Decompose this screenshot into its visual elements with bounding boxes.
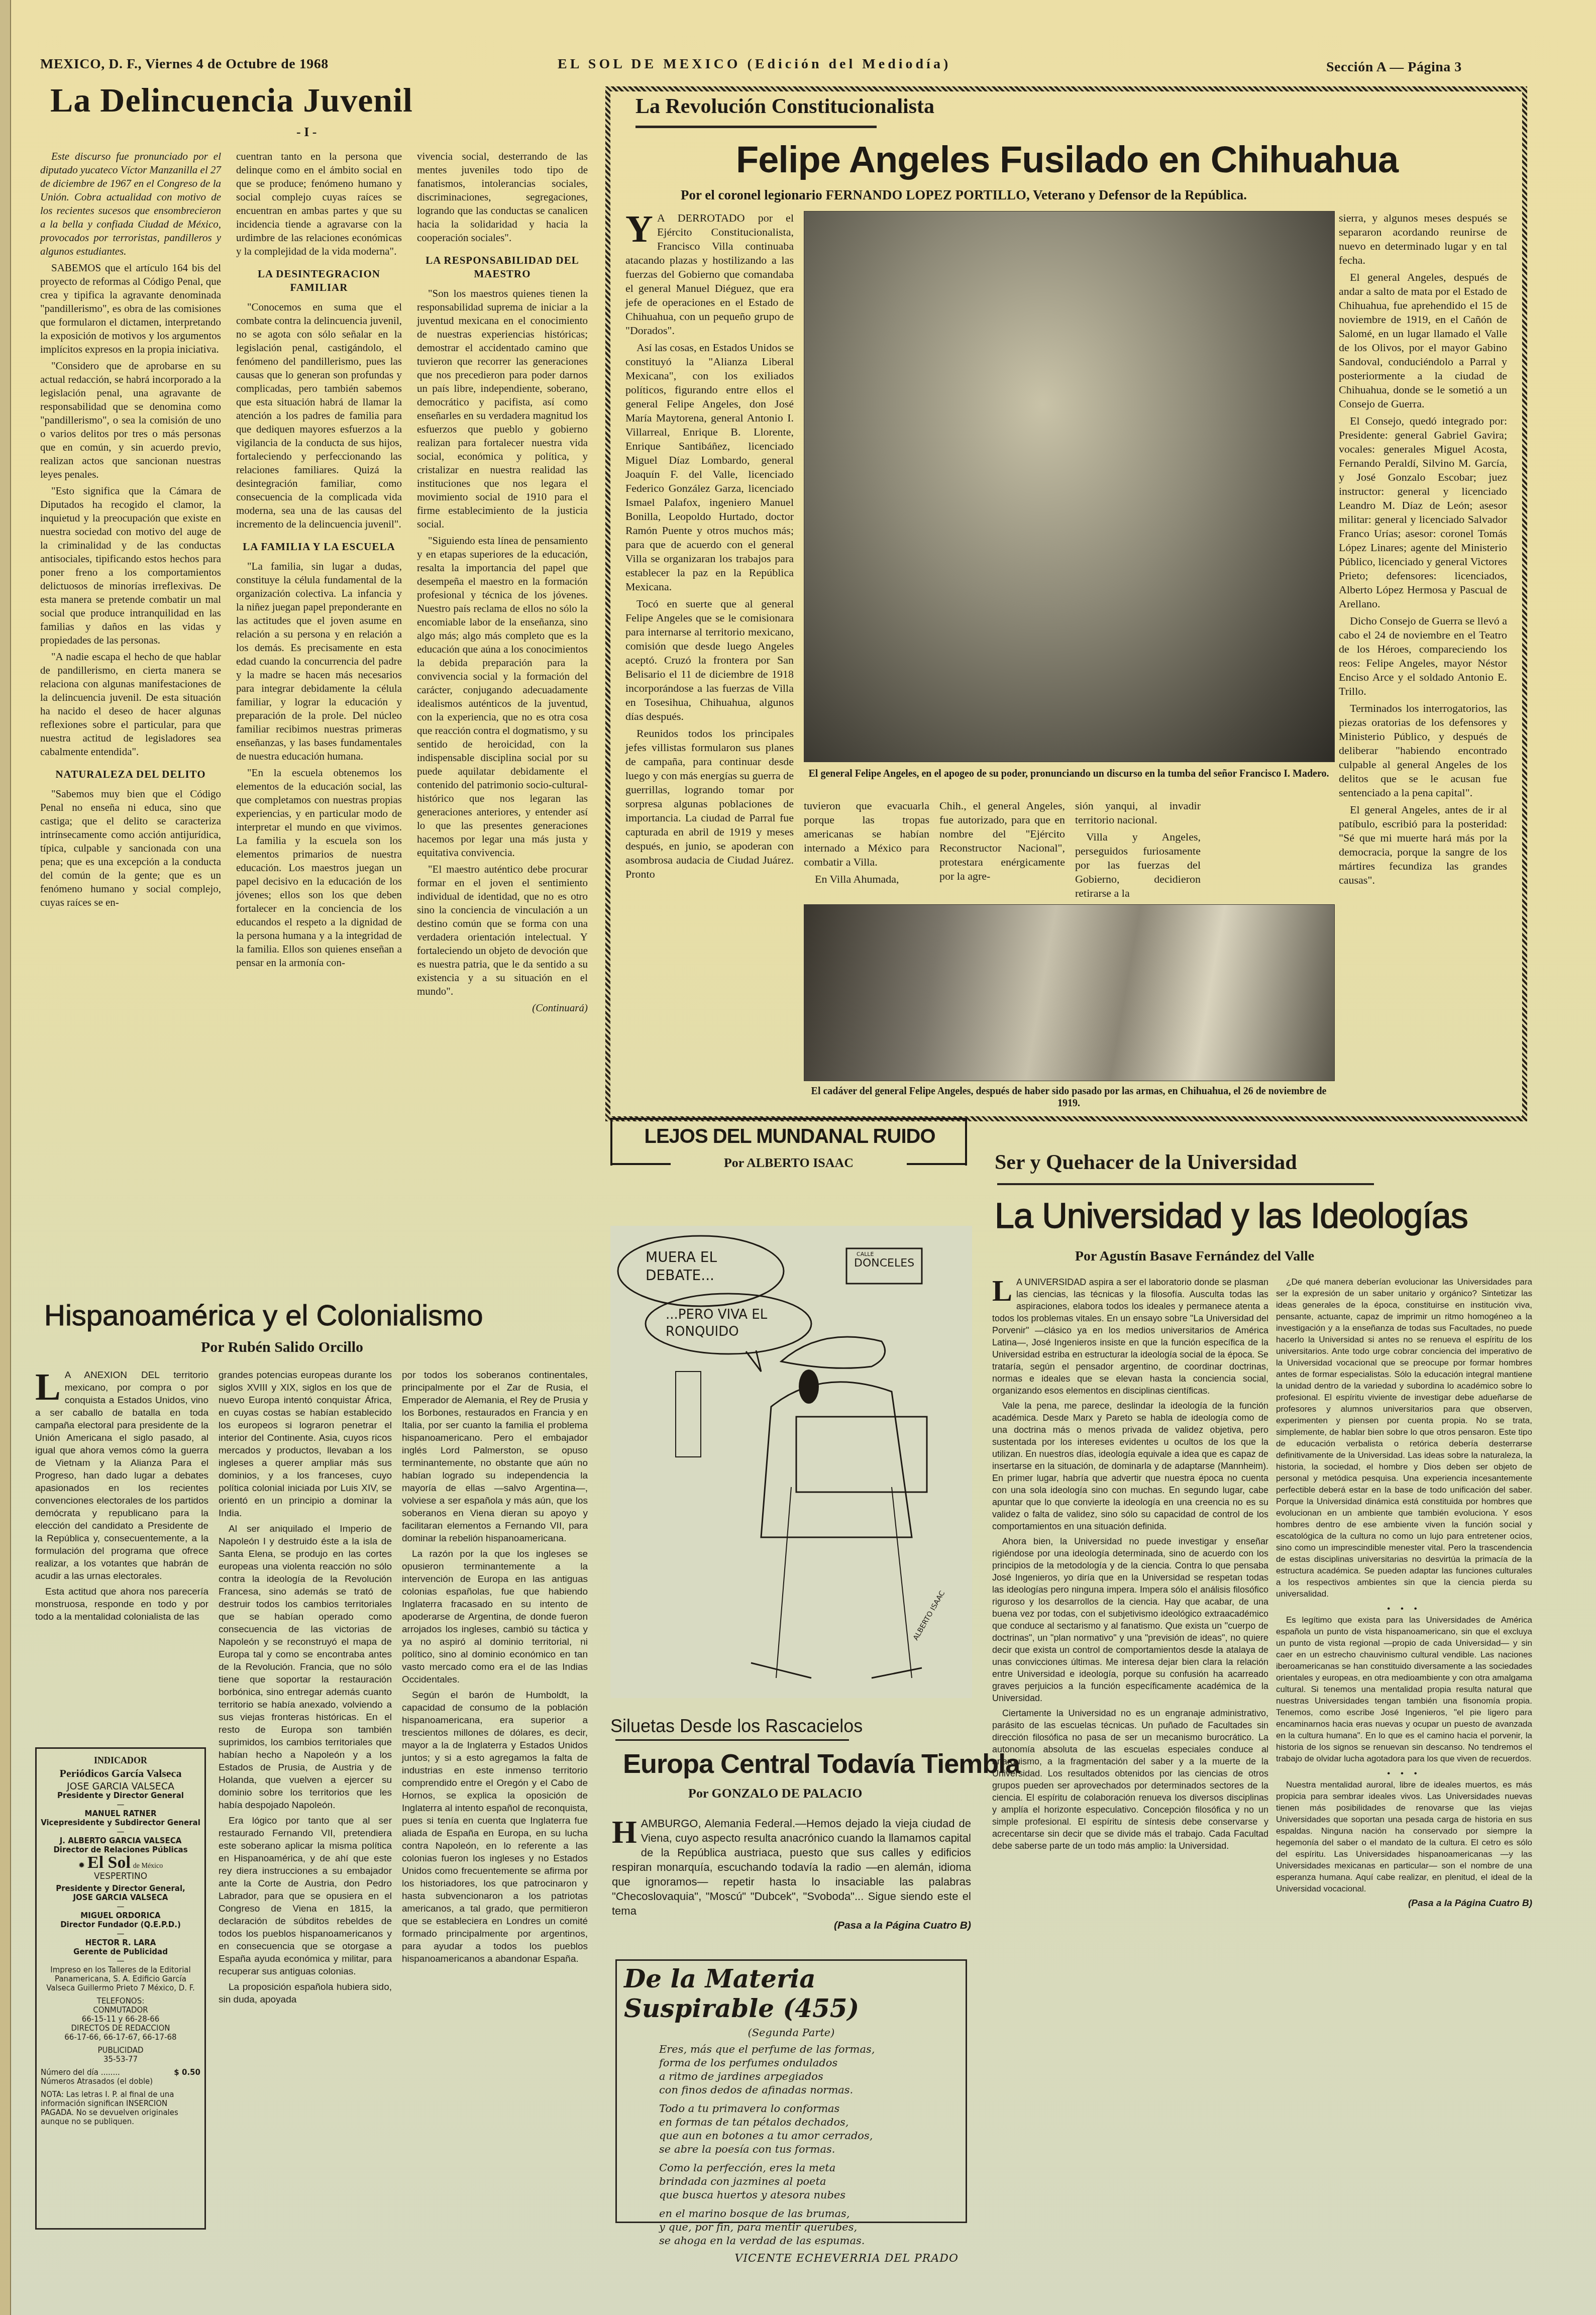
divider: — — [41, 1956, 200, 1965]
indicador-name: JOSE GARCIA VALSECA — [41, 1782, 200, 1791]
paragraph: SABEMOS que el artículo 164 bis del proy… — [40, 261, 221, 356]
poem-stanza: en el marino bosque de las brumas, y que… — [659, 2207, 959, 2248]
paragraph: Reunidos todos los principales jefes vil… — [625, 726, 794, 881]
poem-body: Eres, más que el perfume de las formas, … — [624, 2043, 959, 2248]
publicidad-number: 35-53-77 — [41, 2055, 200, 2064]
poem-line: que busca huertos y atesora nubes — [659, 2188, 959, 2202]
drop-cap-h: H — [612, 1818, 637, 1846]
angeles-byline: Por el coronel legionario FERNANDO LOPEZ… — [681, 187, 1247, 203]
indicador-role: Presidente y Director General, — [41, 1884, 200, 1893]
indicador-content: INDICADOR Periódicos García Valseca JOSE… — [41, 1756, 200, 2126]
indicador-heading: INDICADOR — [41, 1756, 200, 1765]
poem-line: que aun en botones a tu amor cerrados, — [659, 2129, 959, 2143]
universidad-byline: Por Agustín Basave Fernández del Valle — [1075, 1248, 1314, 1265]
cartoon-box-rule-left — [610, 1163, 671, 1165]
sun-icon: ✹ — [78, 1860, 85, 1870]
poem-subtitle: (Segunda Parte) — [624, 2026, 959, 2040]
series-underline — [635, 126, 877, 128]
hispanoamerica-column-1: LA ANEXION DEL territorio mexicano, por … — [35, 1369, 208, 1623]
phones-heading: TELEFONOS: — [41, 1996, 200, 2006]
poem-line: Como la perfección, eres la meta — [659, 2161, 959, 2175]
indicador-role: Vicepresidente y Subdirector General — [41, 1818, 200, 1827]
paragraph: Era lógico por tanto que al ser restaura… — [219, 1815, 392, 1978]
conmutador-label: CONMUTADOR — [41, 2006, 200, 2015]
poem-author: VICENTE ECHEVERRIA DEL PRADO — [624, 2252, 959, 2265]
speech-bubble-2: ...PERO VIVA EL RONQUIDO — [666, 1306, 786, 1340]
paragraph: Vale la pena, me parece, deslindar la id… — [992, 1400, 1268, 1532]
paragraph: ¿De qué manera deberían evolucionar las … — [1276, 1276, 1532, 1600]
paragraph: YA DERROTADO por el Ejército Constitucio… — [625, 211, 794, 338]
indicador-name: HECTOR R. LARA — [41, 1938, 200, 1947]
angeles-column-right: sierra, y algunos meses después se separ… — [1339, 211, 1507, 890]
drop-cap-l: L — [992, 1278, 1012, 1303]
directos-label: DIRECTOS DE REDACCION — [41, 2024, 200, 2033]
paragraph-text: AMBURGO, Alemania Federal.—Hemos dejado … — [612, 1817, 971, 1917]
price-row: Número del día ........ $ 0.50 — [41, 2068, 200, 2077]
poem-line: forma de los perfumes ondulados — [659, 2056, 959, 2070]
paragraph: Esta actitud que ahora nos parecería mon… — [35, 1586, 208, 1623]
cartoon-box-rule-right — [907, 1163, 967, 1165]
poem-line: Eres, más que el perfume de las formas, — [659, 2043, 959, 2056]
divider: — — [41, 1827, 200, 1836]
poem-line: a ritmo de jardines arpegiados — [659, 2070, 959, 2083]
paragraph: Dicho Consejo de Guerra se llevó a cabo … — [1339, 614, 1507, 698]
price-label: Número del día ........ — [41, 2068, 120, 2077]
paragraph: La razón por la que los ingleses se opus… — [402, 1548, 588, 1686]
hispanoamerica-byline: Por Rubén Salido Orcillo — [201, 1339, 363, 1356]
hispanoamerica-column-2: grandes potencias europeas durante los s… — [219, 1369, 392, 2006]
europa-series: Siluetas Desde los Rascacielos — [610, 1716, 863, 1737]
europa-continues: (Pasa a la Página Cuatro B) — [612, 1918, 971, 1933]
photo2-caption: El cadáver del general Felipe Angeles, d… — [804, 1085, 1334, 1109]
paragraph: Tocó en suerte que al general Felipe Ang… — [625, 597, 794, 723]
paragraph-text: A ANEXION DEL territorio mexicano, por c… — [35, 1370, 208, 1582]
indicador-role: Director Fundador (Q.E.P.D.) — [41, 1920, 200, 1929]
europa-byline: Por GONZALO DE PALACIO — [688, 1786, 862, 1801]
indicador-name: MANUEL RATNER — [41, 1809, 200, 1818]
cartoon-drawing: MUERA EL DEBATE... ...PERO VIVA EL RONQU… — [610, 1226, 972, 1698]
el-sol-logo: ✹ El Sol de México — [41, 1858, 200, 1871]
indicador-name: JOSE GARCIA VALSECA — [41, 1893, 200, 1902]
section-dots: • • • — [1276, 1603, 1532, 1614]
delincuencia-title: La Delincuencia Juvenil — [50, 80, 413, 120]
photo-felipe-angeles-speech — [804, 211, 1335, 762]
europa-body: HAMBURGO, Alemania Federal.—Hemos dejado… — [612, 1816, 971, 1933]
paragraph: El general Angeles, antes de ir al patíb… — [1339, 803, 1507, 887]
poem-stanza: Todo a tu primavera lo conformas en form… — [659, 2102, 959, 2156]
delincuencia-part-number: - I - — [296, 125, 316, 140]
delincuencia-column-2: cuentran tanto en la persona que delinqu… — [236, 150, 402, 973]
series-underline — [997, 1183, 1374, 1185]
poem-line: se abre la poesía con tus formas. — [659, 2143, 959, 2156]
cartoon-column-title: LEJOS DEL MUNDANAL RUIDO — [614, 1125, 966, 1148]
back-issues: Números Atrasados (el doble) — [41, 2077, 200, 2086]
paragraph: "Conocemos en suma que el combate contra… — [236, 300, 402, 531]
universidad-column-1: LA UNIVERSIDAD aspira a ser el laborator… — [992, 1276, 1268, 1852]
poem-line: en el marino bosque de las brumas, — [659, 2207, 959, 2221]
paragraph: Así las cosas, en Estados Unidos se cons… — [625, 341, 794, 594]
paragraph: Terminados los interrogatorios, las piez… — [1339, 701, 1507, 800]
delincuencia-intro: Este discurso fue pronunciado por el dip… — [40, 150, 221, 258]
speech-bubble-1: MUERA EL DEBATE... — [646, 1248, 756, 1285]
photo1-caption: El general Felipe Angeles, en el apogeo … — [804, 768, 1334, 780]
drop-cap-l: L — [35, 1371, 61, 1403]
paragraph: "El maestro auténtico debe procurar form… — [417, 863, 588, 998]
indicador-company: Periódicos García Valseca — [41, 1769, 200, 1778]
paragraph: Es legítimo que exista para las Universi… — [1276, 1614, 1532, 1764]
poem-stanza: Como la perfección, eres la meta brindad… — [659, 2161, 959, 2202]
paragraph: Chih., el general Angeles, fue autorizad… — [939, 799, 1065, 883]
masthead-paper-name: EL SOL DE MEXICO (Edición del Mediodía) — [558, 56, 951, 72]
paragraph: Según el barón de Humboldt, la capacidad… — [402, 1689, 588, 1965]
paragraph: Ciertamente la Universidad no es un engr… — [992, 1707, 1268, 1852]
masthead-date: MEXICO, D. F., Viernes 4 de Octubre de 1… — [40, 56, 329, 72]
paragraph: grandes potencias europeas durante los s… — [219, 1369, 392, 1520]
universidad-title: La Universidad y las Ideologías — [995, 1196, 1468, 1236]
angeles-column-1: YA DERROTADO por el Ejército Constitucio… — [625, 211, 794, 884]
poem-line: se ahoga en la verdad de las espumas. — [659, 2234, 959, 2248]
paragraph: por todos los soberanos continentales, p… — [402, 1369, 588, 1545]
indicador-box: INDICADOR Periódicos García Valseca JOSE… — [35, 1747, 206, 2230]
angeles-title: Felipe Angeles Fusilado en Chihuahua — [736, 138, 1398, 181]
divider: — — [41, 1800, 200, 1809]
paragraph: "Sabemos muy bien que el Código Penal no… — [40, 787, 221, 909]
paragraph-text: A UNIVERSIDAD aspira a ser el laboratori… — [992, 1277, 1268, 1396]
series-underline — [615, 1739, 849, 1741]
universidad-continues: (Pasa a la Página Cuatro B) — [1276, 1898, 1532, 1909]
paragraph: Villa y Angeles, perseguidos furiosament… — [1075, 830, 1201, 900]
poem-title: De la Materia Suspirable (455) — [624, 1964, 959, 2023]
directos-numbers: 66-17-66, 66-17-67, 66-17-68 — [41, 2033, 200, 2042]
poem-stanza: Eres, más que el perfume de las formas, … — [659, 2043, 959, 2097]
photo-felipe-angeles-body — [804, 904, 1335, 1081]
paragraph: "A nadie escapa el hecho de que hablar d… — [40, 650, 221, 759]
paragraph: "Siguiendo esta línea de pensamiento y e… — [417, 534, 588, 860]
subhead-naturaleza: NATURALEZA DEL DELITO — [40, 768, 221, 781]
paragraph: Nuestra mentalidad auroral, libre de ide… — [1276, 1779, 1532, 1895]
paragraph: "En la escuela obtenemos los elementos d… — [236, 766, 402, 970]
paragraph: Al ser aniquilado el Imperio de Napoleón… — [219, 1523, 392, 1812]
europa-title: Europa Central Todavía Tiembla — [623, 1748, 1020, 1779]
angeles-column-mid-1: tuvieron que evacuarla porque las tropas… — [804, 799, 929, 889]
angeles-column-mid-2: Chih., el general Angeles, fue autorizad… — [939, 799, 1065, 886]
paragraph: En Villa Ahumada, — [804, 872, 929, 886]
logo-sub: de México — [133, 1862, 163, 1870]
paragraph: "Esto significa que la Cámara de Diputad… — [40, 484, 221, 647]
angeles-column-mid-3: sión yanqui, al invadir territorio nacio… — [1075, 799, 1201, 903]
hispanoamerica-title: Hispanoamérica y el Colonialismo — [44, 1299, 483, 1332]
street-sign-name: DONCELES — [854, 1257, 914, 1270]
paragraph: tuvieron que evacuarla porque las tropas… — [804, 799, 929, 869]
conmutador-numbers: 66-15-11 y 66-28-66 — [41, 2015, 200, 2024]
paragraph: sierra, y algunos meses después se separ… — [1339, 211, 1507, 267]
page-gutter-edge — [0, 0, 11, 2315]
section-dots: • • • — [1276, 1767, 1532, 1779]
cartoon-byline: Por ALBERTO ISAAC — [673, 1155, 904, 1171]
paragraph: vivencia social, desterrando de las ment… — [417, 150, 588, 245]
delincuencia-column-3: vivencia social, desterrando de las ment… — [417, 150, 588, 1015]
indicador-note: NOTA: Las letras I. P. al final de una i… — [41, 2090, 200, 2126]
paragraph: cuentran tanto en la persona que delinqu… — [236, 150, 402, 258]
universidad-series: Ser y Quehacer de la Universidad — [995, 1150, 1297, 1175]
indicador-name: MIGUEL ORDORICA — [41, 1911, 200, 1920]
divider: — — [41, 1929, 200, 1938]
drop-cap-y: Y — [625, 213, 653, 245]
indicador-role: Presidente y Director General — [41, 1791, 200, 1800]
delincuencia-column-1: Este discurso fue pronunciado por el dip… — [40, 150, 221, 912]
paragraph: El general Angeles, después de andar a s… — [1339, 270, 1507, 411]
paragraph: "Son los maestros quienes tienen la resp… — [417, 287, 588, 531]
publicidad-label: PUBLICIDAD — [41, 2046, 200, 2055]
poem-line: y que, por fin, para mentir querubes, — [659, 2221, 959, 2234]
indicador-edition: VESPERTINO — [41, 1872, 200, 1881]
indicador-role: Gerente de Publicidad — [41, 1947, 200, 1956]
indicador-printed: Impreso en los Talleres de la Editorial … — [41, 1965, 200, 1992]
hispanoamerica-column-3: por todos los soberanos continentales, p… — [402, 1369, 588, 1965]
poem-line: brindada con jazmines al poeta — [659, 2175, 959, 2188]
paragraph: "Considero que de aprobarse en su actual… — [40, 359, 221, 481]
delincuencia-continues: (Continuará) — [417, 1001, 588, 1015]
price-value: $ 0.50 — [174, 2068, 200, 2077]
divider: — — [41, 1902, 200, 1911]
poem-line: en formas de tan pétalos dechados, — [659, 2116, 959, 2129]
subhead-desintegracion: LA DESINTEGRACION FAMILIAR — [236, 267, 402, 294]
poem-box: De la Materia Suspirable (455) (Segunda … — [615, 1959, 967, 2223]
logo-main: El Sol — [87, 1853, 131, 1872]
indicador-name: J. ALBERTO GARCIA VALSECA — [41, 1836, 200, 1845]
masthead-section-page: Sección A — Página 3 — [1326, 59, 1462, 75]
paragraph: La proposición española hubiera sido, si… — [219, 1981, 392, 2006]
poem-line: con finos dedos de afinadas normas. — [659, 2083, 959, 2097]
subhead-responsabilidad: LA RESPONSABILIDAD DEL MAESTRO — [417, 254, 588, 281]
paragraph: "La familia, sin lugar a dudas, constitu… — [236, 560, 402, 763]
angeles-series-title: La Revolución Constitucionalista — [635, 94, 934, 119]
poem-line: Todo a tu primavera lo conformas — [659, 2102, 959, 2116]
universidad-column-2: ¿De qué manera deberían evolucionar las … — [1276, 1276, 1532, 1909]
paragraph: Ahora bien, la Universidad no puede inve… — [992, 1535, 1268, 1704]
paragraph: El Consejo, quedó integrado por: Preside… — [1339, 414, 1507, 611]
paragraph: sión yanqui, al invadir territorio nacio… — [1075, 799, 1201, 827]
subhead-familia: LA FAMILIA Y LA ESCUELA — [236, 540, 402, 554]
